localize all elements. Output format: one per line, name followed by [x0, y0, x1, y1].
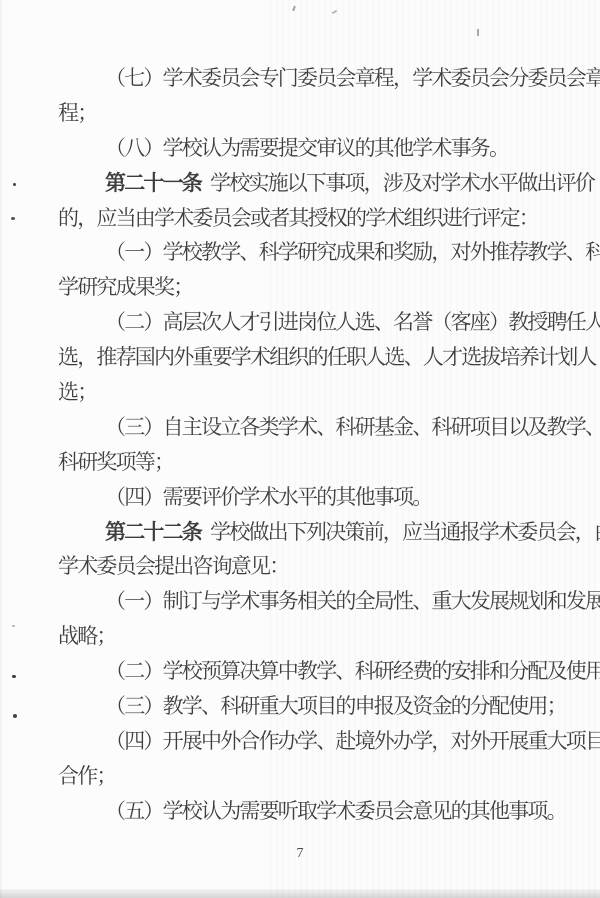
scan-speck: [13, 183, 16, 186]
text-line: （四）开展中外合作办学、赴境外办学，对外开展重大项目: [58, 724, 598, 759]
scan-speck: [13, 714, 17, 718]
page-number: 7: [0, 846, 600, 862]
text-line: （一）制订与学术事务相关的全局性、重大发展规划和发展: [58, 584, 598, 619]
scan-bottom-edge-shadow: [0, 889, 600, 898]
scan-speck: [292, 6, 296, 11]
text-line: （五）学校认为需要听取学术委员会意见的其他事项。: [58, 794, 598, 829]
text-line: （四）需要评价学术水平的其他事项。: [58, 480, 598, 515]
scan-speck: [332, 10, 337, 14]
text-line: 科研奖项等；: [58, 445, 598, 480]
text-line: 学研究成果奖；: [58, 270, 598, 305]
scan-speck: [12, 625, 15, 627]
text-line: 选，推荐国内外重要学术组织的任职人选、人才选拔培养计划人: [58, 340, 598, 375]
text-line: 学术委员会提出咨询意见：: [58, 549, 598, 584]
text-line article-heading-line: 第二十二条学校做出下列决策前，应当通报学术委员会，由: [58, 515, 598, 550]
text-line: （八）学校认为需要提交审议的其他学术事务。: [58, 131, 598, 166]
text-line: 战略；: [58, 619, 598, 654]
text-line article-heading-line: 第二十一条学校实施以下事项，涉及对学术水平做出评价: [58, 166, 598, 201]
text-line: 的，应当由学术委员会或者其授权的学术组织进行评定：: [58, 201, 598, 236]
scan-speck: [477, 29, 479, 36]
scan-speck: [12, 675, 16, 678]
text-line: （一）学校教学、科学研究成果和奖励，对外推荐教学、科: [58, 235, 598, 270]
article-number: 第二十一条: [105, 171, 201, 195]
line-text: 学校做出下列决策前，应当通报学术委员会，由: [210, 520, 600, 544]
article-number: 第二十二条: [105, 520, 201, 544]
document-body-text: （七）学术委员会专门委员会章程，学术委员会分委员会章 程； （八）学校认为需要提…: [58, 61, 598, 829]
text-line: （三）教学、科研重大项目的申报及资金的分配使用；: [58, 689, 598, 724]
text-line: （二）高层次人才引进岗位人选、名誉（客座）教授聘任人: [58, 305, 598, 340]
scanned-document-page: （七）学术委员会专门委员会章程，学术委员会分委员会章 程； （八）学校认为需要提…: [0, 0, 600, 898]
line-text: 学校实施以下事项，涉及对学术水平做出评价: [210, 171, 594, 195]
text-line: （三）自主设立各类学术、科研基金、科研项目以及教学、: [58, 410, 598, 445]
text-line: （七）学术委员会专门委员会章程，学术委员会分委员会章: [58, 61, 598, 96]
text-line: （二）学校预算决算中教学、科研经费的安排和分配及使用；: [58, 654, 598, 689]
scan-speck: [11, 217, 15, 220]
text-line: 程；: [58, 96, 598, 131]
text-line: 选；: [58, 375, 598, 410]
scan-left-edge-shadow: [0, 0, 3, 898]
text-line: 合作；: [58, 759, 598, 794]
